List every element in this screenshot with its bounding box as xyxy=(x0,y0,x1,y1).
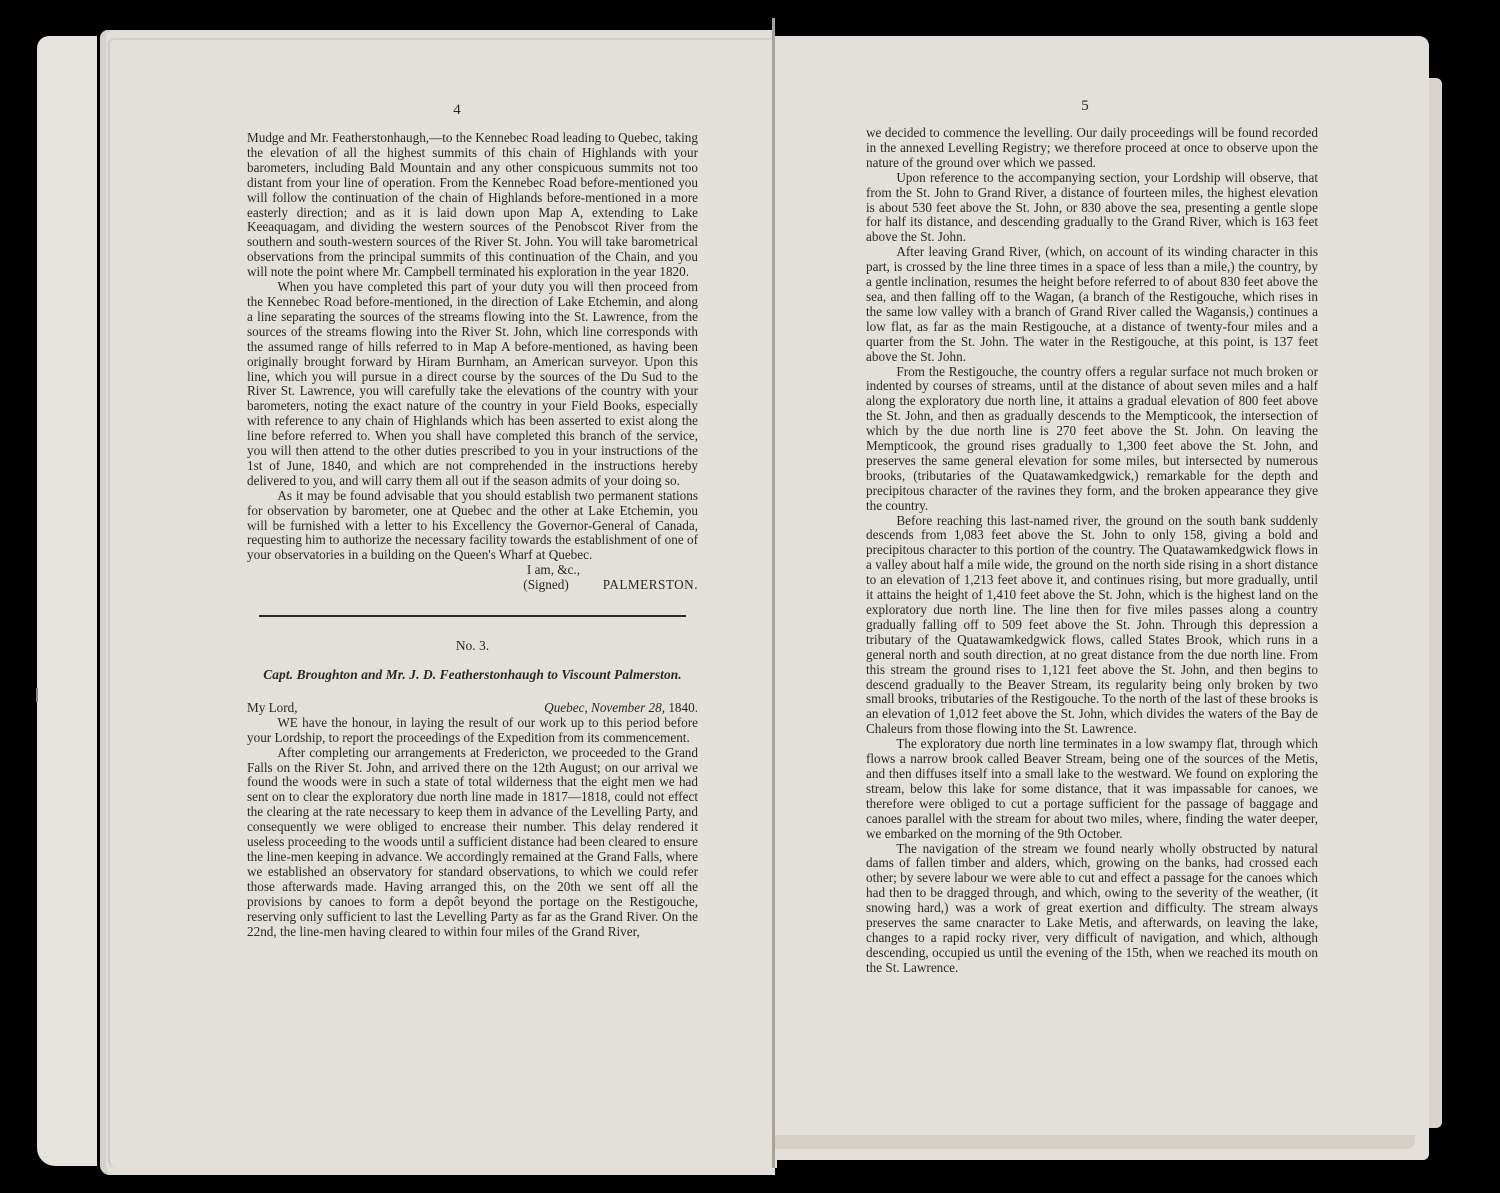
paragraph: Upon reference to the accompanying secti… xyxy=(866,171,1318,246)
page-number-right: 5 xyxy=(1065,98,1105,115)
document-title: Capt. Broughton and Mr. J. D. Feathersto… xyxy=(247,668,698,683)
back-leaves-left-edge xyxy=(37,36,97,1166)
salutation: My Lord, xyxy=(247,701,298,716)
paragraph: The exploratory due north line terminate… xyxy=(866,737,1318,841)
paragraph: As it may be found advisable that you sh… xyxy=(247,489,698,564)
document-number: No. 3. xyxy=(247,639,698,654)
right-page-text: we decided to commence the levelling. Ou… xyxy=(866,126,1318,976)
left-page-text: Mudge and Mr. Featherstonhaugh,—to the K… xyxy=(247,131,698,939)
paragraph: we decided to commence the levelling. Ou… xyxy=(866,126,1318,171)
right-page-bottom-edge xyxy=(775,1135,1415,1149)
signed-label: (Signed) xyxy=(523,578,568,593)
signatory: PALMERSTON. xyxy=(603,578,698,593)
paragraph: Before reaching this last-named river, t… xyxy=(866,514,1318,738)
paragraph: After completing our arrangements at Fre… xyxy=(247,746,698,940)
date-year: 1840. xyxy=(668,700,698,715)
section-divider xyxy=(259,615,686,617)
margin-mark xyxy=(36,688,38,702)
book-gutter xyxy=(772,18,775,1168)
salutation-line: My Lord, Quebec, November 28, 1840. xyxy=(247,701,698,716)
paragraph: WE have the honour, in laying the result… xyxy=(247,716,698,746)
closing: I am, &c., xyxy=(247,563,698,578)
page-number-left: 4 xyxy=(437,102,477,119)
paragraph: After leaving Grand River, (which, on ac… xyxy=(866,245,1318,364)
signature-line: (Signed) PALMERSTON. xyxy=(247,578,698,593)
letter-date: Quebec, November 28, 1840. xyxy=(544,701,698,716)
paragraph: From the Restigouche, the country offers… xyxy=(866,365,1318,514)
paragraph: When you have completed this part of you… xyxy=(247,280,698,489)
paragraph: Mudge and Mr. Featherstonhaugh,—to the K… xyxy=(247,131,698,280)
date-place: Quebec, November 28, xyxy=(544,700,665,715)
paragraph: The navigation of the stream we found ne… xyxy=(866,842,1318,976)
